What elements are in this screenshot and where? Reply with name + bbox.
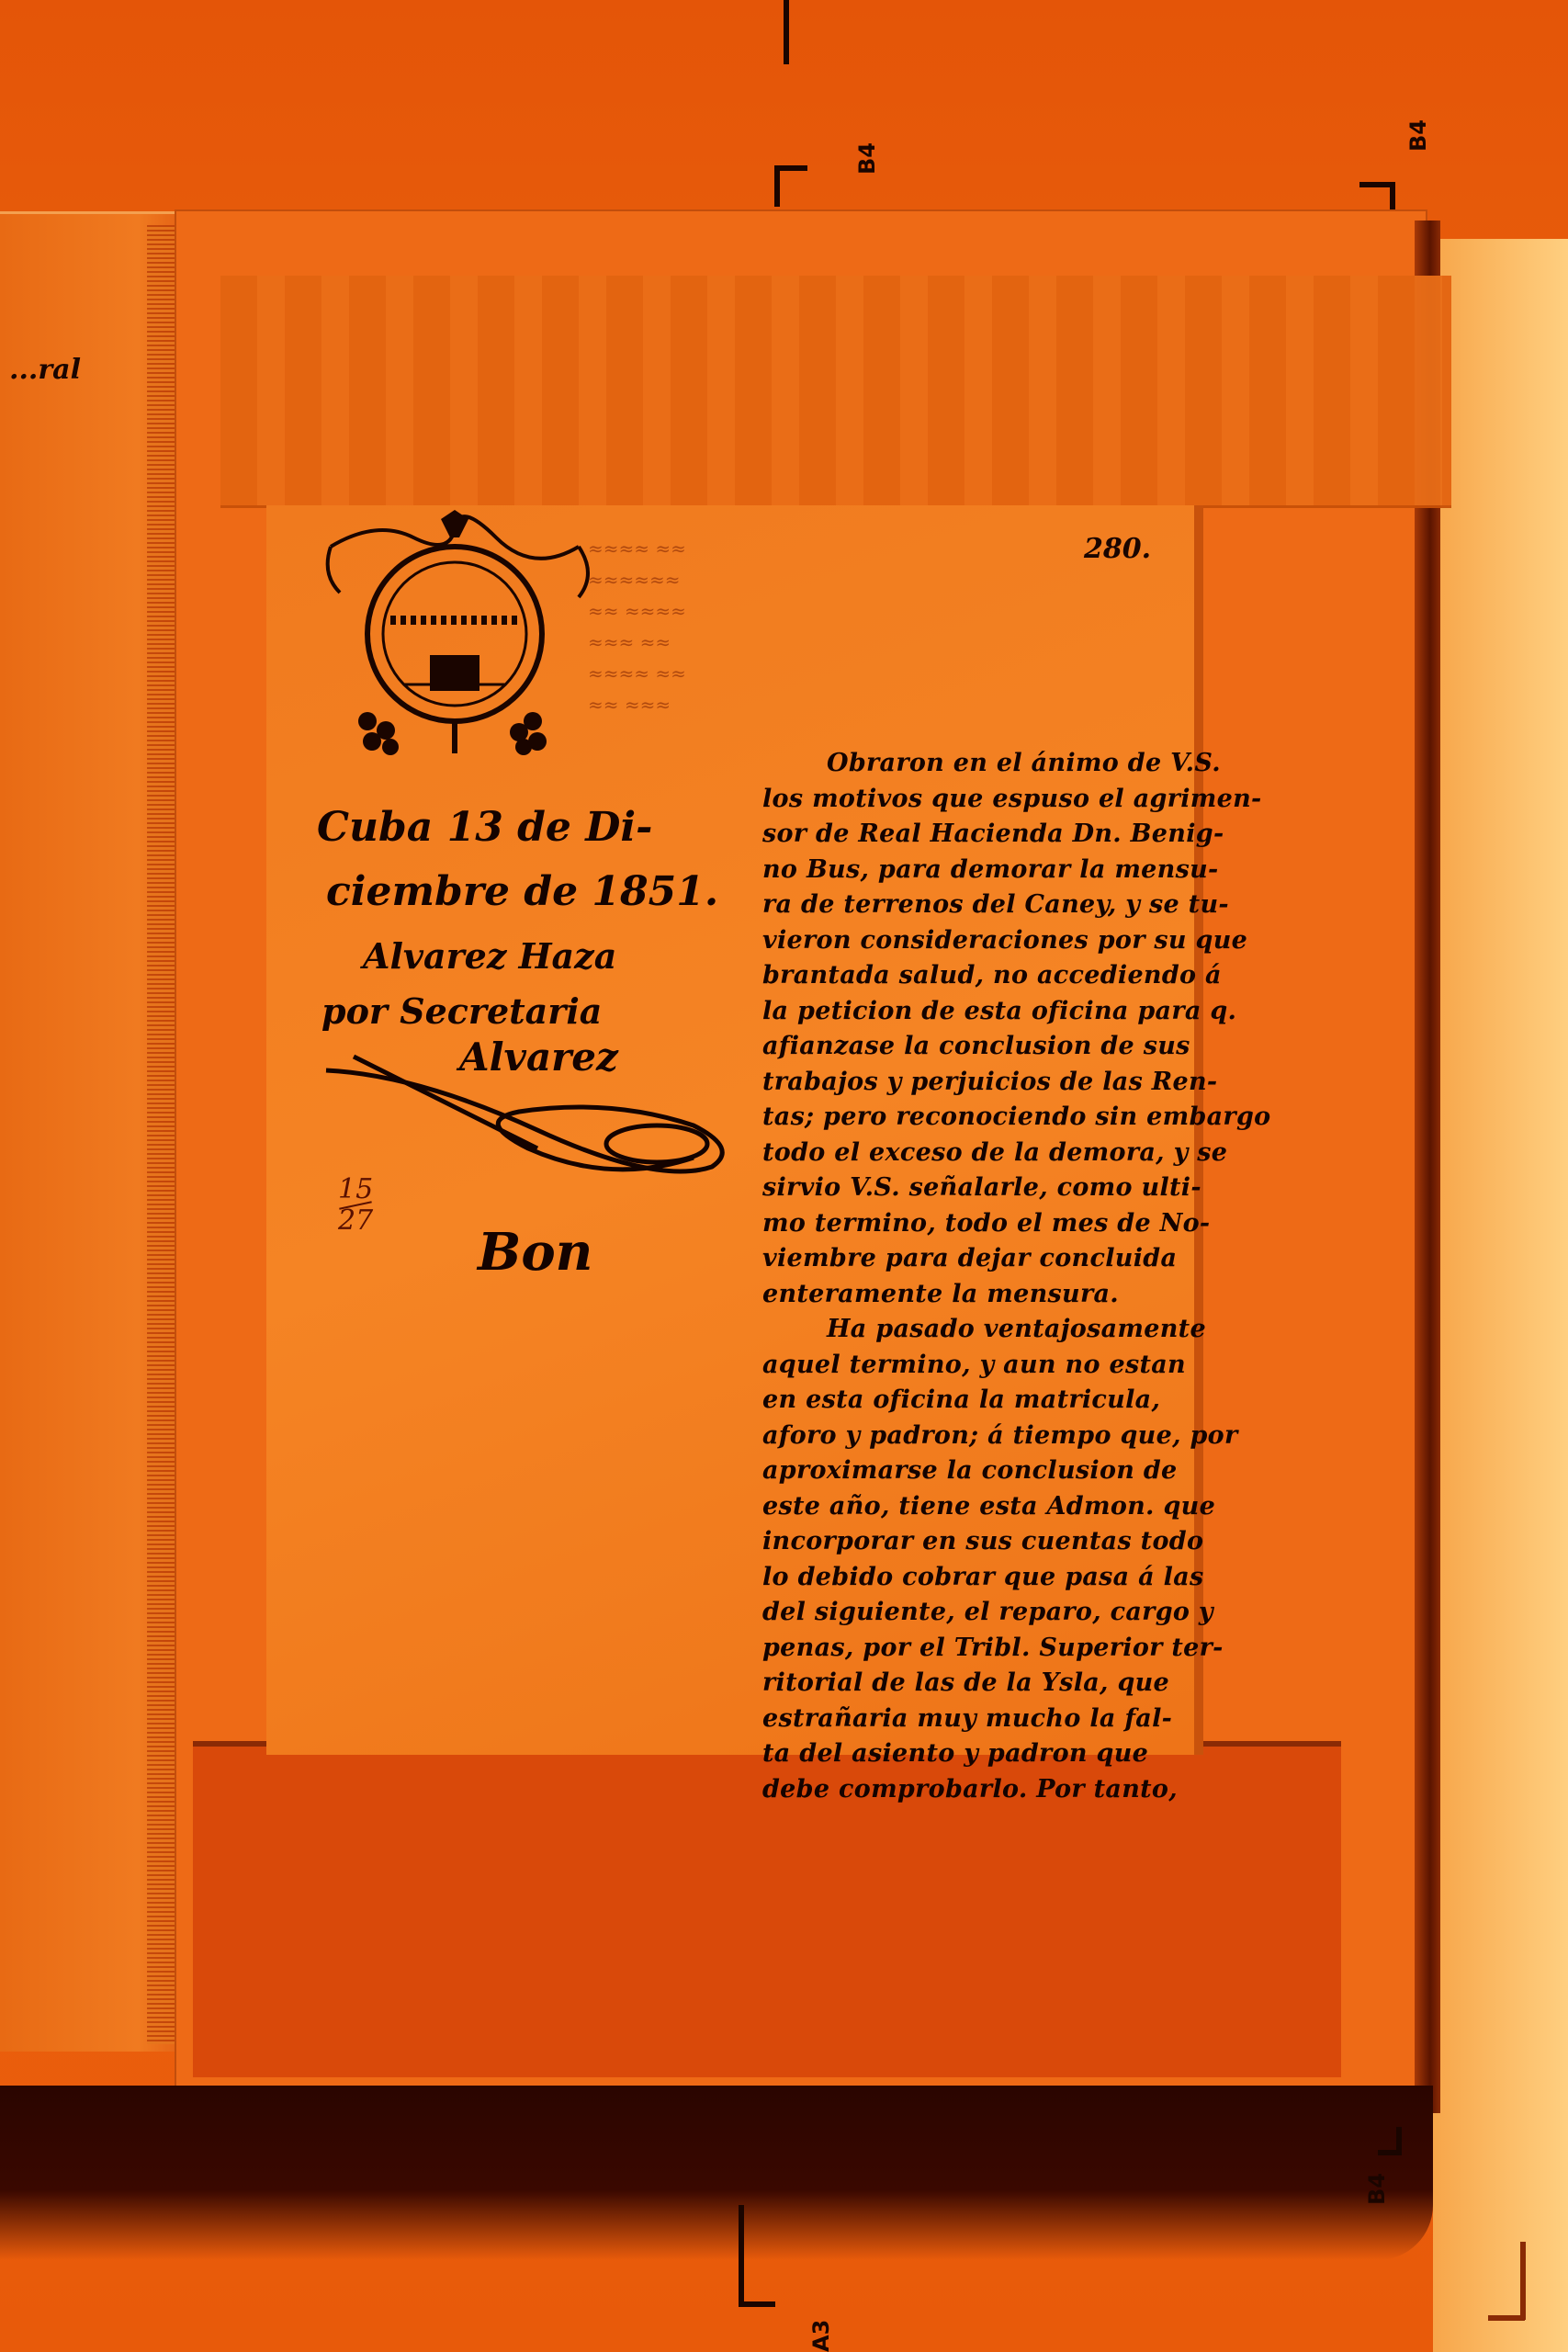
margin-note-line: Alvarez Haza: [363, 928, 616, 985]
text-line: sirvio V.S. señalarle, como ulti-: [762, 1170, 1176, 1206]
text-line: enteramente la mensura.: [762, 1277, 1176, 1313]
marker-top-right: B4: [1405, 119, 1431, 152]
book-shadow: [0, 2086, 1433, 2260]
text-line: brantada salud, no accediendo á: [762, 958, 1176, 994]
rubric-initials: Bon: [478, 1222, 592, 1283]
folio-fraction: 15 27: [338, 1176, 373, 1235]
crop-mark: [774, 165, 807, 171]
text-line: penas, por el Tribl. Superior ter-: [762, 1631, 1176, 1667]
text-line: viembre para dejar concluida: [762, 1241, 1176, 1277]
text-line: este año, tiene esta Admon. que: [762, 1489, 1176, 1525]
crop-mark: [784, 0, 789, 64]
text-line: ta del asiento y padron que: [762, 1736, 1176, 1772]
crop-mark: [1378, 2150, 1402, 2155]
margin-note-line: Cuba 13 de Di-: [317, 799, 652, 856]
left-page-fragment: ...ral: [9, 354, 81, 386]
text-line: del siguiente, el reparo, cargo y: [762, 1595, 1176, 1631]
text-line: incorporar en sus cuentas todo: [762, 1524, 1176, 1560]
marker-bottom-right: B4: [1364, 2173, 1390, 2205]
fraction-numerator: 15: [338, 1173, 373, 1205]
marker-top-left: B4: [854, 142, 880, 175]
text-line: vieron consideraciones por su que: [762, 923, 1176, 959]
fraction-denominator: 27: [338, 1204, 373, 1237]
signature-flourish-icon: [308, 1047, 739, 1194]
crop-mark: [1488, 2315, 1525, 2321]
crop-mark: [1359, 182, 1394, 187]
marker-bottom-left: A3: [808, 2320, 834, 2352]
text-line: ritorial de las de la Ysla, que: [762, 1666, 1176, 1702]
text-line: los motivos que espuso el agrimen-: [762, 782, 1176, 818]
text-line: afianzase la conclusion de sus: [762, 1029, 1176, 1065]
official-seal-icon: [303, 510, 606, 776]
manuscript-body: Obraron en el ánimo de V.S. los motivos …: [762, 746, 1176, 1807]
show-through-text: ≈≈≈≈ ≈≈≈≈≈≈≈≈≈≈ ≈≈≈≈≈≈≈ ≈≈≈≈≈≈ ≈≈≈≈ ≈≈≈: [588, 533, 753, 720]
text-line: debe comprobarlo. Por tanto,: [762, 1772, 1176, 1808]
text-line: ra de terrenos del Caney, y se tu-: [762, 888, 1176, 923]
text-line: aquel termino, y aun no estan: [762, 1348, 1176, 1384]
text-line: sor de Real Hacienda Dn. Benig-: [762, 817, 1176, 853]
crop-mark: [739, 2205, 744, 2306]
top-guard-strip: [220, 276, 1451, 508]
crop-mark: [1520, 2242, 1526, 2320]
text-line: estrañaria muy mucho la fal-: [762, 1702, 1176, 1737]
text-line: en esta oficina la matricula,: [762, 1383, 1176, 1419]
text-line: todo el exceso de la demora, y se: [762, 1136, 1176, 1171]
folio-number: 280.: [1084, 533, 1151, 565]
text-line: Ha pasado ventajosamente: [762, 1312, 1176, 1348]
text-line: aforo y padron; á tiempo que, por: [762, 1419, 1176, 1454]
crop-mark: [739, 2301, 775, 2307]
text-line: Obraron en el ánimo de V.S.: [762, 746, 1176, 782]
text-line: aproximarse la conclusion de: [762, 1453, 1176, 1489]
text-line: lo debido cobrar que pasa á las: [762, 1560, 1176, 1596]
text-line: la peticion de esta oficina para q.: [762, 994, 1176, 1030]
crop-mark: [774, 165, 780, 207]
text-line: tas; pero reconociendo sin embargo: [762, 1100, 1176, 1136]
text-line: mo termino, todo el mes de No-: [762, 1206, 1176, 1242]
lightbox-glare: [1433, 239, 1568, 2352]
text-line: trabajos y perjuicios de las Ren-: [762, 1065, 1176, 1101]
text-line: no Bus, para demorar la mensu-: [762, 853, 1176, 888]
margin-note-line: ciembre de 1851.: [326, 864, 718, 921]
